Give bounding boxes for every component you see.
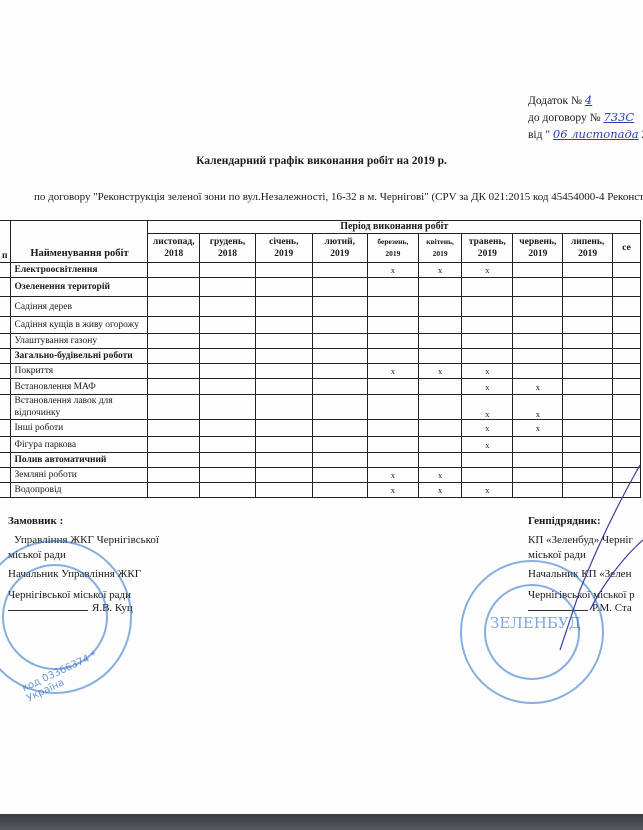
schedule-cell (200, 297, 256, 317)
schedule-cell (312, 278, 367, 297)
schedule-cell (462, 468, 513, 483)
schedule-cell (367, 395, 418, 420)
schedule-cell: x (462, 263, 513, 278)
table-row: Улаштування газону (0, 334, 641, 349)
section-name: Озеленення територій (11, 278, 148, 297)
schedule-cell (312, 453, 367, 468)
schedule-cell: x (513, 420, 563, 437)
schedule-cell (612, 297, 640, 317)
schedule-cell: x (462, 420, 513, 437)
schedule-cell (563, 263, 613, 278)
schedule-cell (367, 453, 418, 468)
schedule-cell (563, 379, 613, 395)
schedule-cell: x (418, 364, 462, 379)
month-header: червень, 2019 (513, 234, 563, 263)
schedule-cell (148, 379, 200, 395)
schedule-cell: x (462, 437, 513, 453)
schedule-cell (612, 420, 640, 437)
month-header: травень, 2019 (462, 234, 513, 263)
work-name: Садіння кущів в живу огорожу (11, 317, 148, 334)
schedule-cell (312, 263, 367, 278)
schedule-cell (418, 334, 462, 349)
schedule-cell (200, 364, 256, 379)
month-header: липень, 2019 (563, 234, 613, 263)
row-number-cell (0, 437, 11, 453)
row-number-cell (0, 468, 11, 483)
month-header: березень, 2019 (367, 234, 418, 263)
schedule-cell (563, 297, 613, 317)
row-number-cell (0, 317, 11, 334)
schedule-cell (200, 263, 256, 278)
schedule-cell (148, 364, 200, 379)
contract-date: 06 листопада (553, 127, 639, 141)
work-name: Водопровід (11, 483, 148, 498)
schedule-cell: x (513, 379, 563, 395)
schedule-cell: x (367, 263, 418, 278)
schedule-cell (200, 420, 256, 437)
work-name: Садіння дерев (11, 297, 148, 317)
schedule-cell (312, 468, 367, 483)
schedule-cell (612, 278, 640, 297)
schedule-cell (255, 364, 312, 379)
schedule-cell (312, 483, 367, 498)
schedule-cell (462, 297, 513, 317)
schedule-cell (255, 468, 312, 483)
schedule-cell (563, 334, 613, 349)
table-row: Встановлення МАФxx (0, 379, 641, 395)
table-row: Загально-будівельні роботи (0, 349, 641, 364)
document-subtitle: по договору "Реконструкція зеленої зони … (34, 191, 643, 203)
schedule-cell (312, 379, 367, 395)
schedule-cell (367, 317, 418, 334)
month-header: грудень, 2018 (200, 234, 256, 263)
schedule-cell (200, 483, 256, 498)
schedule-cell (513, 317, 563, 334)
schedule-cell (612, 349, 640, 364)
schedule-cell: x (513, 395, 563, 420)
schedule-cell (563, 317, 613, 334)
schedule-cell (367, 420, 418, 437)
schedule-cell (200, 317, 256, 334)
schedule-cell (612, 334, 640, 349)
schedule-cell (255, 263, 312, 278)
schedule-cell: x (418, 263, 462, 278)
schedule-cell (200, 278, 256, 297)
schedule-cell (418, 453, 462, 468)
schedule-cell (148, 468, 200, 483)
schedule-cell (255, 453, 312, 468)
col-name-header: Найменування робіт (11, 221, 148, 263)
schedule-cell (418, 395, 462, 420)
section-name: Загально-будівельні роботи (11, 349, 148, 364)
row-number-cell (0, 349, 11, 364)
schedule-cell (462, 349, 513, 364)
section-name: Полив автоматичний (11, 453, 148, 468)
month-header: се (612, 234, 640, 263)
schedule-cell (255, 278, 312, 297)
schedule-cell (612, 263, 640, 278)
schedule-cell (367, 278, 418, 297)
row-number-cell (0, 364, 11, 379)
schedule-cell (418, 317, 462, 334)
contract-label: до договору № (528, 112, 601, 124)
schedule-cell (418, 420, 462, 437)
schedule-cell (367, 379, 418, 395)
schedule-cell (513, 297, 563, 317)
schedule-cell: x (462, 364, 513, 379)
schedule-cell (513, 437, 563, 453)
schedule-cell (255, 395, 312, 420)
row-number-cell (0, 278, 11, 297)
schedule-cell (200, 453, 256, 468)
schedule-cell (148, 297, 200, 317)
schedule-cell (255, 334, 312, 349)
schedule-cell (462, 334, 513, 349)
schedule-cell (312, 317, 367, 334)
schedule-cell: x (462, 395, 513, 420)
row-number-cell (0, 334, 11, 349)
schedule-cell (148, 334, 200, 349)
work-name: Покриття (11, 364, 148, 379)
work-name: Фігура паркова (11, 437, 148, 453)
schedule-cell (312, 395, 367, 420)
schedule-cell (563, 349, 613, 364)
schedule-cell (563, 395, 613, 420)
schedule-cell: x (418, 468, 462, 483)
work-name: Земляні роботи (11, 468, 148, 483)
schedule-cell (612, 437, 640, 453)
schedule-cell (200, 349, 256, 364)
schedule-cell (563, 364, 613, 379)
contract-number: 733С (603, 110, 634, 124)
schedule-cell (200, 379, 256, 395)
row-number-cell (0, 453, 11, 468)
table-row: Інші роботиxx (0, 420, 641, 437)
schedule-cell (200, 334, 256, 349)
work-name: Встановлення лавок для відпочинку (11, 395, 148, 420)
row-number-cell (0, 420, 11, 437)
schedule-cell (462, 453, 513, 468)
schedule-cell (462, 278, 513, 297)
schedule-cell (255, 483, 312, 498)
schedule-cell (418, 437, 462, 453)
schedule-cell (462, 317, 513, 334)
schedule-cell (255, 420, 312, 437)
schedule-cell (148, 453, 200, 468)
schedule-cell (513, 278, 563, 297)
schedule-cell (148, 437, 200, 453)
schedule-cell (312, 420, 367, 437)
period-header: Період виконання робіт (148, 221, 641, 234)
month-header: квітень, 2019 (418, 234, 462, 263)
row-number-cell (0, 395, 11, 420)
schedule-cell (148, 483, 200, 498)
table-row: Електроосвітленняxxx (0, 263, 641, 278)
schedule-cell (148, 278, 200, 297)
schedule-cell (418, 379, 462, 395)
schedule-cell (255, 297, 312, 317)
table-row: Садіння кущів в живу огорожу (0, 317, 641, 334)
schedule-table: пНайменування робітПеріод виконання робі… (0, 220, 641, 498)
schedule-cell (513, 349, 563, 364)
schedule-cell (255, 317, 312, 334)
schedule-cell (563, 420, 613, 437)
date-label: від " (528, 129, 550, 141)
col-number-header: п (0, 221, 11, 263)
section-name: Електроосвітлення (11, 263, 148, 278)
table-row: Покриттяxxx (0, 364, 641, 379)
work-name: Улаштування газону (11, 334, 148, 349)
schedule-cell (148, 395, 200, 420)
month-header: січень, 2019 (255, 234, 312, 263)
schedule-cell (513, 364, 563, 379)
schedule-cell (418, 349, 462, 364)
schedule-cell (200, 395, 256, 420)
schedule-cell (563, 437, 613, 453)
document-title: Календарний графік виконання робіт на 20… (0, 155, 643, 167)
row-number-cell (0, 379, 11, 395)
schedule-cell (312, 364, 367, 379)
schedule-cell (255, 437, 312, 453)
appendix-label: Додаток № (528, 95, 582, 107)
schedule-cell (367, 349, 418, 364)
schedule-cell (563, 278, 613, 297)
schedule-cell (513, 263, 563, 278)
table-row: Встановлення лавок для відпочинкуxx (0, 395, 641, 420)
row-number-cell (0, 263, 11, 278)
schedule-cell (312, 297, 367, 317)
row-number-cell (0, 297, 11, 317)
schedule-cell (148, 420, 200, 437)
schedule-cell (612, 364, 640, 379)
month-header: лютий, 2019 (312, 234, 367, 263)
customer-heading: Замовник : (8, 515, 63, 527)
schedule-cell (418, 278, 462, 297)
month-header: листопад, 2018 (148, 234, 200, 263)
schedule-cell (255, 349, 312, 364)
appendix-number: 4 (585, 93, 592, 107)
schedule-cell (513, 334, 563, 349)
schedule-cell: x (367, 364, 418, 379)
schedule-cell: x (462, 379, 513, 395)
schedule-cell (312, 437, 367, 453)
schedule-cell (367, 334, 418, 349)
schedule-cell: x (367, 468, 418, 483)
work-name: Інші роботи (11, 420, 148, 437)
schedule-cell: x (367, 483, 418, 498)
schedule-cell (312, 349, 367, 364)
schedule-cell (200, 468, 256, 483)
schedule-cell (312, 334, 367, 349)
schedule-cell (367, 437, 418, 453)
row-number-cell (0, 483, 11, 498)
table-row: Садіння дерев (0, 297, 641, 317)
schedule-cell (612, 395, 640, 420)
schedule-cell (255, 379, 312, 395)
schedule-cell: x (418, 483, 462, 498)
schedule-cell (612, 379, 640, 395)
schedule-cell: x (462, 483, 513, 498)
schedule-cell (612, 317, 640, 334)
viewer-bottom-bar (0, 814, 643, 830)
schedule-cell (200, 437, 256, 453)
schedule-cell (148, 349, 200, 364)
schedule-cell (367, 297, 418, 317)
table-row: Фігура парковаx (0, 437, 641, 453)
schedule-cell (148, 263, 200, 278)
schedule-cell (148, 317, 200, 334)
appendix-block: Додаток № 4 до договору № 733С від " 06 … (528, 92, 643, 143)
signature-stroke-icon (540, 460, 643, 660)
schedule-cell (418, 297, 462, 317)
table-row: Озеленення територій (0, 278, 641, 297)
work-name: Встановлення МАФ (11, 379, 148, 395)
